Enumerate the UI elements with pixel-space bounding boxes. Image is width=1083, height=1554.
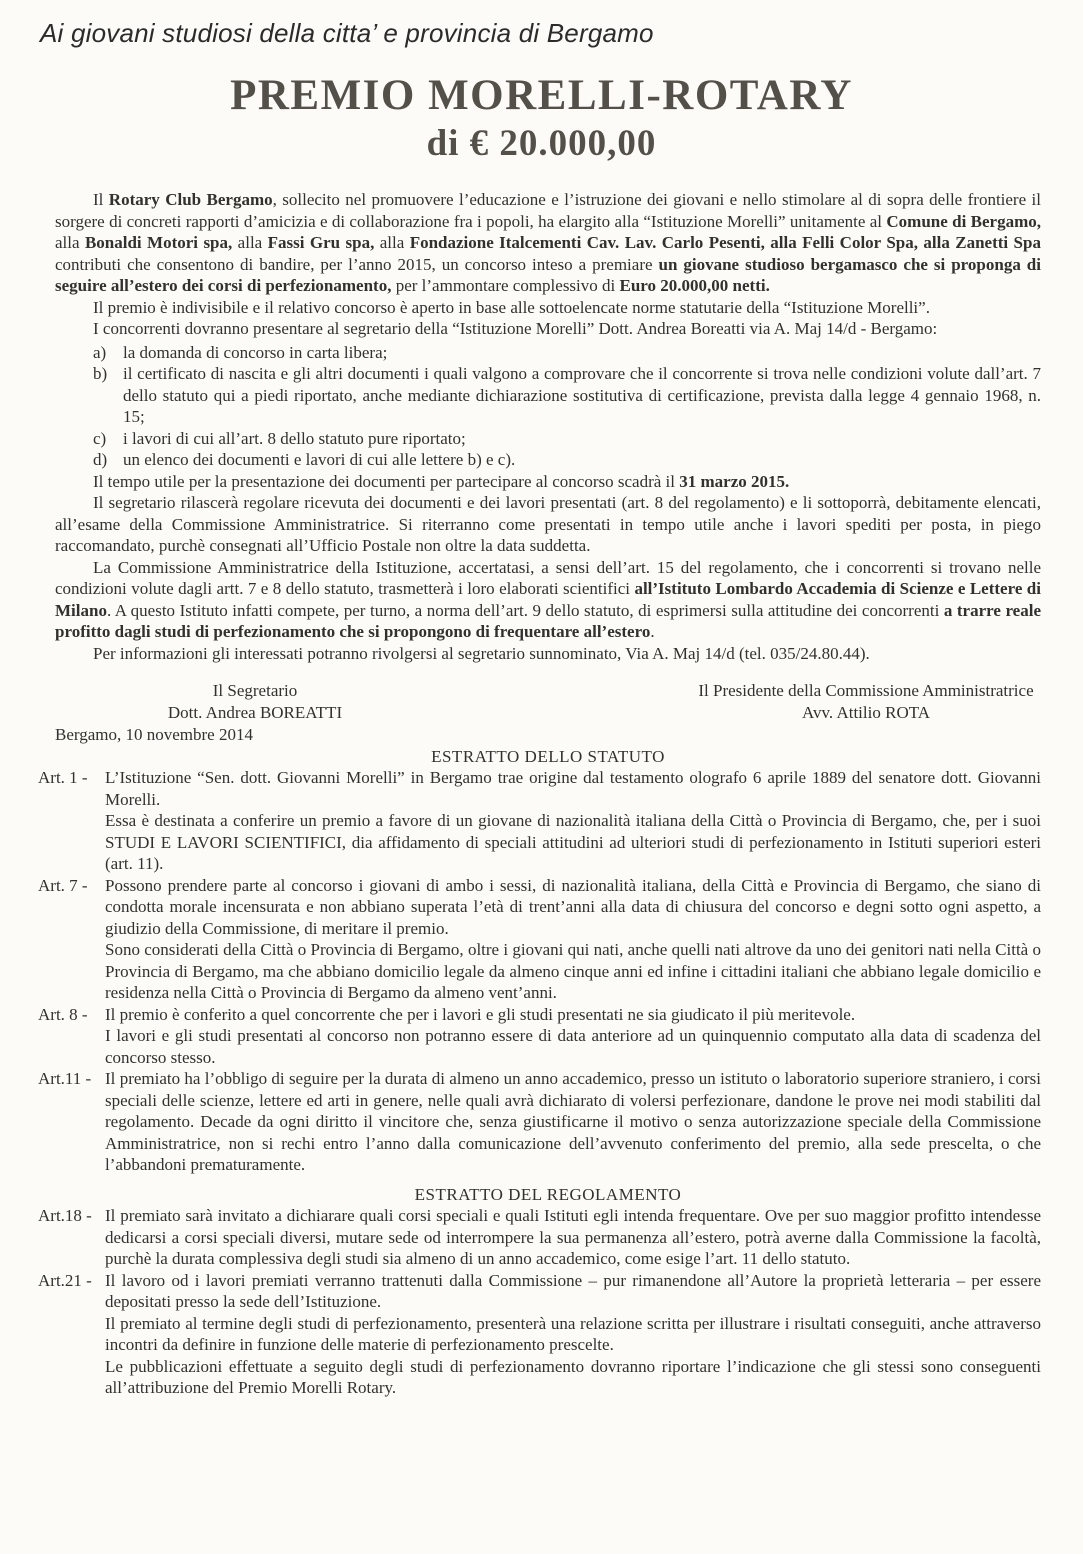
list-item-text: i lavori di cui all’art. 8 dello statuto…	[123, 428, 1041, 450]
segretario-paragraph: Il segretario rilascerà regolare ricevut…	[55, 492, 1041, 557]
statuto-heading: ESTRATTO DELLO STATUTO	[55, 746, 1041, 768]
signature-role: Il Presidente della Commissione Amminist…	[666, 680, 1066, 702]
article-paragraph: Le pubblicazioni effettuate a seguito de…	[105, 1356, 1041, 1399]
commissione-paragraph: La Commissione Amministratrice della Ist…	[55, 557, 1041, 643]
article-body: Possono prendere parte al concorso i gio…	[105, 875, 1041, 1004]
article-body: Il premio è conferito a quel concorrente…	[105, 1004, 1041, 1069]
statute-article: Art.11 - Il premiato ha l’obbligo di seg…	[38, 1068, 1041, 1176]
list-item-text: un elenco dei documenti e lavori di cui …	[123, 449, 1041, 471]
info-paragraph: Per informazioni gli interessati potrann…	[55, 643, 1041, 665]
requirements-list: a) la domanda di concorso in carta liber…	[55, 342, 1041, 471]
concorrenti-paragraph: I concorrenti dovranno presentare al seg…	[55, 318, 1041, 340]
article-paragraph: Il premiato sarà invitato a dichiarare q…	[105, 1205, 1041, 1270]
list-item-label: b)	[93, 363, 123, 428]
list-item: c) i lavori di cui all’art. 8 dello stat…	[93, 428, 1041, 450]
list-item-label: a)	[93, 342, 123, 364]
document-title-amount: di € 20.000,00	[0, 122, 1083, 165]
signature-name: Dott. Andrea BOREATTI	[105, 702, 405, 724]
article-body: Il lavoro od i lavori premiati verranno …	[105, 1270, 1041, 1399]
statuto-articles: Art. 1 - L’Istituzione “Sen. dott. Giova…	[38, 767, 1041, 1176]
article-paragraph: L’Istituzione “Sen. dott. Giovanni Morel…	[105, 767, 1041, 810]
article-body: Il premiato sarà invitato a dichiarare q…	[105, 1205, 1041, 1270]
list-item-label: c)	[93, 428, 123, 450]
list-item-text: il certificato di nascita e gli altri do…	[123, 363, 1041, 428]
signature-name: Avv. Attilio ROTA	[666, 702, 1066, 724]
article-paragraph: Sono considerati della Città o Provincia…	[105, 939, 1041, 1004]
dateline: Bergamo, 10 novembre 2014	[55, 724, 1041, 746]
premio-paragraph: Il premio è indivisibile e il relativo c…	[55, 297, 1041, 319]
list-item-label: d)	[93, 449, 123, 471]
article-paragraph: Il premiato ha l’obbligo di seguire per …	[105, 1068, 1041, 1176]
document-body: Il Rotary Club Bergamo, sollecito nel pr…	[55, 189, 1041, 1399]
article-paragraph: Possono prendere parte al concorso i gio…	[105, 875, 1041, 940]
regolamento-heading: ESTRATTO DEL REGOLAMENTO	[55, 1184, 1041, 1206]
article-label: Art.11 -	[38, 1068, 105, 1176]
article-label: Art. 7 -	[38, 875, 105, 1004]
signature-block: Il Segretario Dott. Andrea BOREATTI Il P…	[55, 680, 1041, 724]
article-label: Art.18 -	[38, 1205, 105, 1270]
signature-president: Il Presidente della Commissione Amminist…	[666, 680, 1066, 724]
statute-article: Art. 8 - Il premio è conferito a quel co…	[38, 1004, 1041, 1069]
article-paragraph: Essa è destinata a conferire un premio a…	[105, 810, 1041, 875]
document-title: PREMIO MORELLI-ROTARY	[0, 71, 1083, 120]
article-paragraph: Il lavoro od i lavori premiati verranno …	[105, 1270, 1041, 1313]
scanned-document-page: Ai giovani studiosi della citta’ e provi…	[0, 0, 1083, 1554]
article-body: Il premiato ha l’obbligo di seguire per …	[105, 1068, 1041, 1176]
article-paragraph: Il premiato al termine degli studi di pe…	[105, 1313, 1041, 1356]
list-item-text: la domanda di concorso in carta libera;	[123, 342, 1041, 364]
regolamento-articles: Art.18 - Il premiato sarà invitato a dic…	[38, 1205, 1041, 1399]
article-label: Art. 8 -	[38, 1004, 105, 1069]
list-item: b) il certificato di nascita e gli altri…	[93, 363, 1041, 428]
regulation-article: Art.18 - Il premiato sarà invitato a dic…	[38, 1205, 1041, 1270]
dedication-line: Ai giovani studiosi della citta’ e provi…	[40, 0, 1083, 49]
deadline-paragraph: Il tempo utile per la presentazione dei …	[55, 471, 1041, 493]
article-body: L’Istituzione “Sen. dott. Giovanni Morel…	[105, 767, 1041, 875]
regulation-article: Art.21 - Il lavoro od i lavori premiati …	[38, 1270, 1041, 1399]
signature-role: Il Segretario	[105, 680, 405, 702]
article-label: Art. 1 -	[38, 767, 105, 875]
article-paragraph: Il premio è conferito a quel concorrente…	[105, 1004, 1041, 1026]
statute-article: Art. 7 - Possono prendere parte al conco…	[38, 875, 1041, 1004]
article-label: Art.21 -	[38, 1270, 105, 1399]
signature-secretary: Il Segretario Dott. Andrea BOREATTI	[105, 680, 405, 724]
list-item: a) la domanda di concorso in carta liber…	[93, 342, 1041, 364]
article-paragraph: I lavori e gli studi presentati al conco…	[105, 1025, 1041, 1068]
intro-paragraph: Il Rotary Club Bergamo, sollecito nel pr…	[55, 189, 1041, 297]
statute-article: Art. 1 - L’Istituzione “Sen. dott. Giova…	[38, 767, 1041, 875]
list-item: d) un elenco dei documenti e lavori di c…	[93, 449, 1041, 471]
